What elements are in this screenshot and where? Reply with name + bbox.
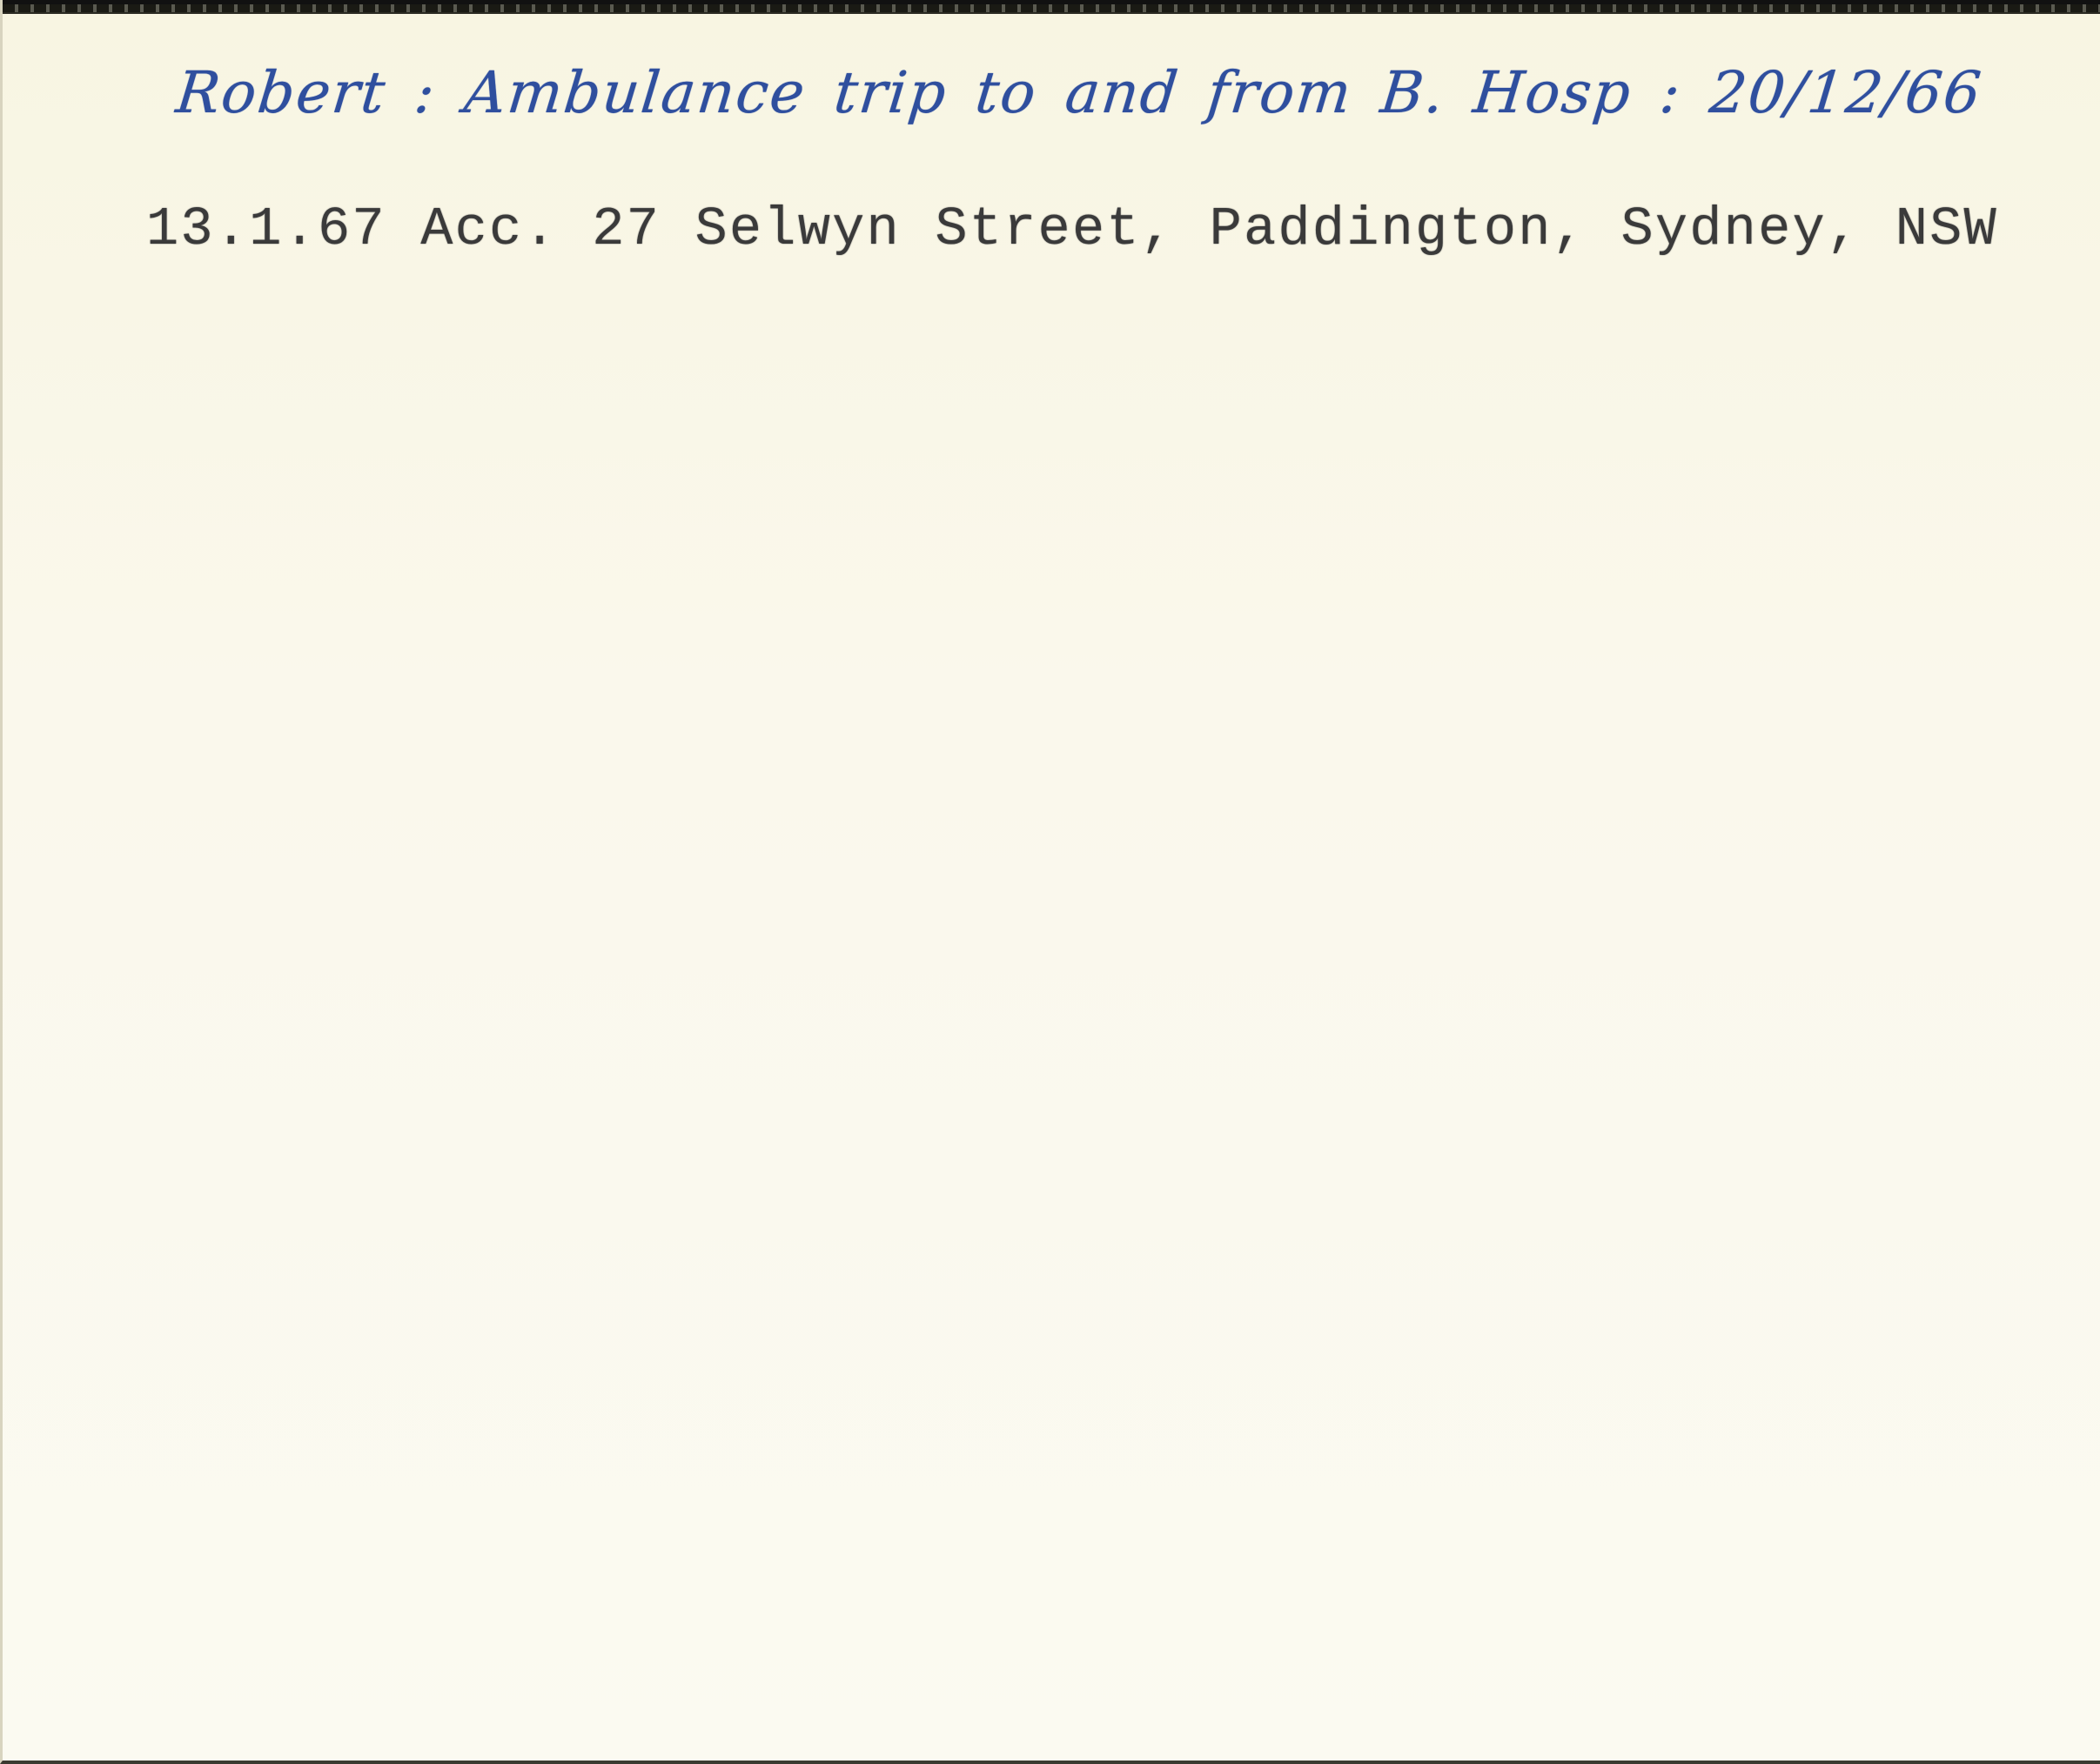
handwritten-note: Robert : Ambulance trip to and from B. H… <box>173 59 2043 126</box>
typed-entry: 13.1.67 Acc. 27 Selwyn Street, Paddingto… <box>146 198 1998 260</box>
index-card: Robert : Ambulance trip to and from B. H… <box>0 0 2100 1764</box>
card-top-edge <box>3 0 2100 14</box>
